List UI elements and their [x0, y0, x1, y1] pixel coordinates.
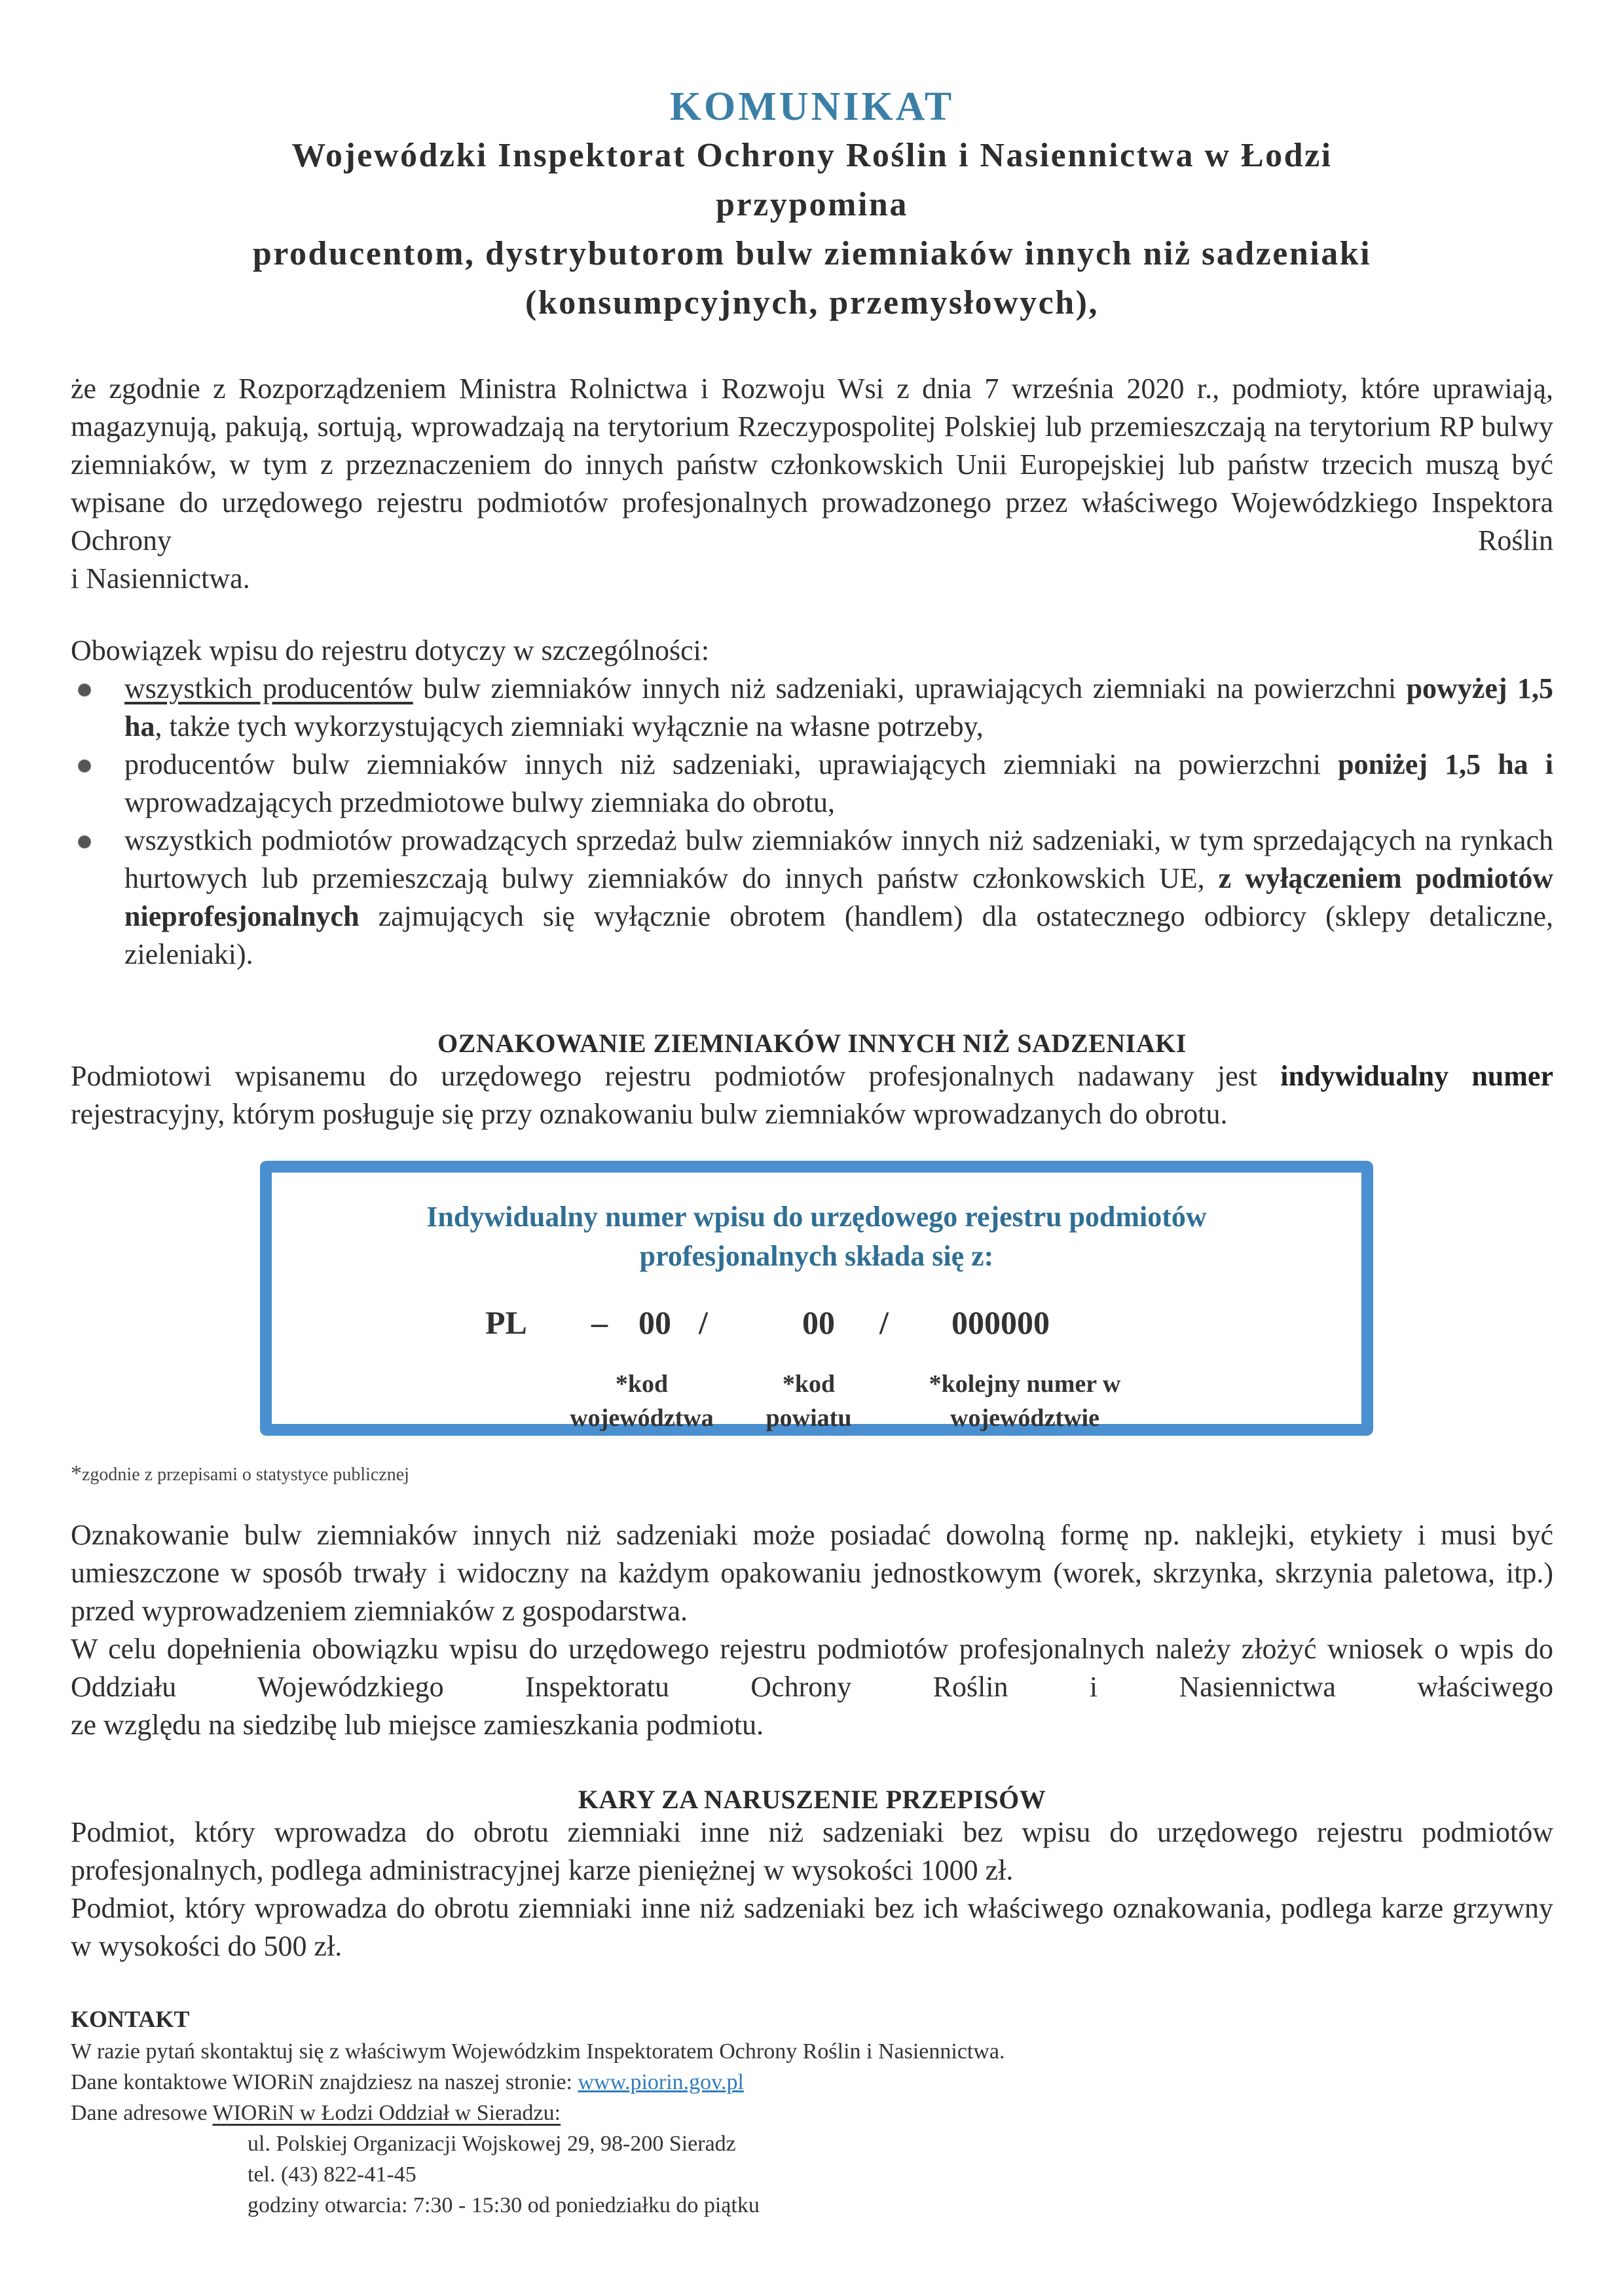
penalty-2: Podmiot, który wprowadza do obrotu ziemn… [71, 1889, 1553, 1965]
opening-hours: godziny otwarcia: 7:30 - 15:30 od ponied… [248, 2193, 760, 2218]
contact-line: W razie pytań skontaktuj się z właściwym… [71, 2039, 1005, 2064]
phone: tel. (43) 822-41-45 [248, 2162, 416, 2187]
document-title: KOMUNIKAT [0, 84, 1624, 130]
county-code: 00 [802, 1303, 835, 1341]
label-county: *kod powiatu [756, 1367, 861, 1435]
audience-subline: (konsumpcyjnych, przemysłowych), [0, 283, 1624, 322]
contact-address-line: Dane adresowe WIORiN w Łodzi Oddział w S… [71, 2101, 561, 2126]
list-text: producentów bulw ziemniaków innych niż s… [124, 748, 1338, 780]
bold-text: poniżej 1,5 ha i [1338, 748, 1553, 780]
label-voivodeship: *kod województwa [560, 1367, 724, 1435]
obligation-list: wszystkich producentów bulw ziemniaków i… [71, 670, 1553, 974]
box-title-line-2: profesjonalnych składa się z: [272, 1238, 1361, 1275]
marking-text: rejestracyjny, którym posługuje się przy… [71, 1098, 1227, 1130]
list-item: wszystkich podmiotów prowadzących sprzed… [71, 822, 1553, 974]
list-item: producentów bulw ziemniaków innych niż s… [71, 746, 1553, 822]
contact-website-line: Dane kontaktowe WIORiN znajdziesz na nas… [71, 2070, 744, 2095]
section-title-marking: OZNAKOWANIE ZIEMNIAKÓW INNYCH NIŻ SADZEN… [0, 1028, 1624, 1059]
country-code: PL [485, 1303, 527, 1341]
underlined-text: wszystkich producentów [124, 672, 413, 704]
website-link[interactable]: www.piorin.gov.pl [578, 2070, 744, 2094]
reminds-line: przypomina [0, 185, 1624, 224]
bold-text: indywidualny numer [1280, 1060, 1553, 1092]
list-text: bulw ziemniaków innych niż sadzeniaki, u… [413, 672, 1407, 704]
dash-separator: – [591, 1303, 608, 1341]
voivodeship-code: 00 [638, 1303, 671, 1341]
list-item: wszystkich producentów bulw ziemniaków i… [71, 670, 1553, 746]
box-title-line-1: Indywidualny numer wpisu do urzędowego r… [272, 1199, 1361, 1235]
footnote: *zgodnie z przepisami o statystyce publi… [71, 1461, 409, 1486]
application-paragraph: W celu dopełnienia obowiązku wpisu do ur… [71, 1630, 1553, 1706]
branch-name: WIORiN w Łodzi Oddział w Sieradzu: [213, 2101, 561, 2125]
marking-paragraph: Podmiotowi wpisanemu do urzędowego rejes… [71, 1057, 1553, 1133]
obligation-lead: Obowiązek wpisu do rejestru dotyczy w sz… [71, 632, 1553, 670]
intro-paragraph-last-line: i Nasiennictwa. [71, 560, 1553, 598]
application-paragraph-last-line: ze względu na siedzibę lub miejsce zamie… [71, 1706, 1553, 1744]
bullet-icon [79, 684, 90, 696]
bullet-icon [79, 760, 90, 772]
marking-form-paragraph: Oznakowanie bulw ziemniaków innych niż s… [71, 1516, 1553, 1630]
contact-title: KONTAKT [71, 2005, 189, 2033]
document-page: KOMUNIKAT Wojewódzki Inspektorat Ochrony… [0, 0, 1624, 2296]
label-sequence: *kolejny numer w województwie [900, 1367, 1149, 1435]
section-title-penalties: KARY ZA NARUSZENIE PRZEPISÓW [0, 1784, 1624, 1815]
list-text: wprowadzających przedmiotowe bulwy ziemn… [124, 786, 835, 818]
marking-text: Podmiotowi wpisanemu do urzędowego rejes… [71, 1060, 1280, 1092]
slash-separator: / [699, 1303, 708, 1341]
sequence-number: 000000 [951, 1303, 1050, 1341]
issuer-line: Wojewódzki Inspektorat Ochrony Roślin i … [0, 136, 1624, 175]
slash-separator: / [879, 1303, 889, 1341]
audience-line: producentom, dystrybutorom bulw ziemniak… [0, 234, 1624, 273]
penalty-1: Podmiot, który wprowadza do obrotu ziemn… [71, 1813, 1553, 1889]
penalties-paragraph: Podmiot, który wprowadza do obrotu ziemn… [71, 1813, 1553, 1965]
registration-number-box: Indywidualny numer wpisu do urzędowego r… [260, 1161, 1373, 1436]
list-text: , także tych wykorzystujących ziemniaki … [155, 710, 983, 742]
intro-paragraph: że zgodnie z Rozporządzeniem Ministra Ro… [71, 370, 1553, 560]
bullet-icon [79, 836, 90, 848]
address: ul. Polskiej Organizacji Wojskowej 29, 9… [248, 2132, 736, 2157]
